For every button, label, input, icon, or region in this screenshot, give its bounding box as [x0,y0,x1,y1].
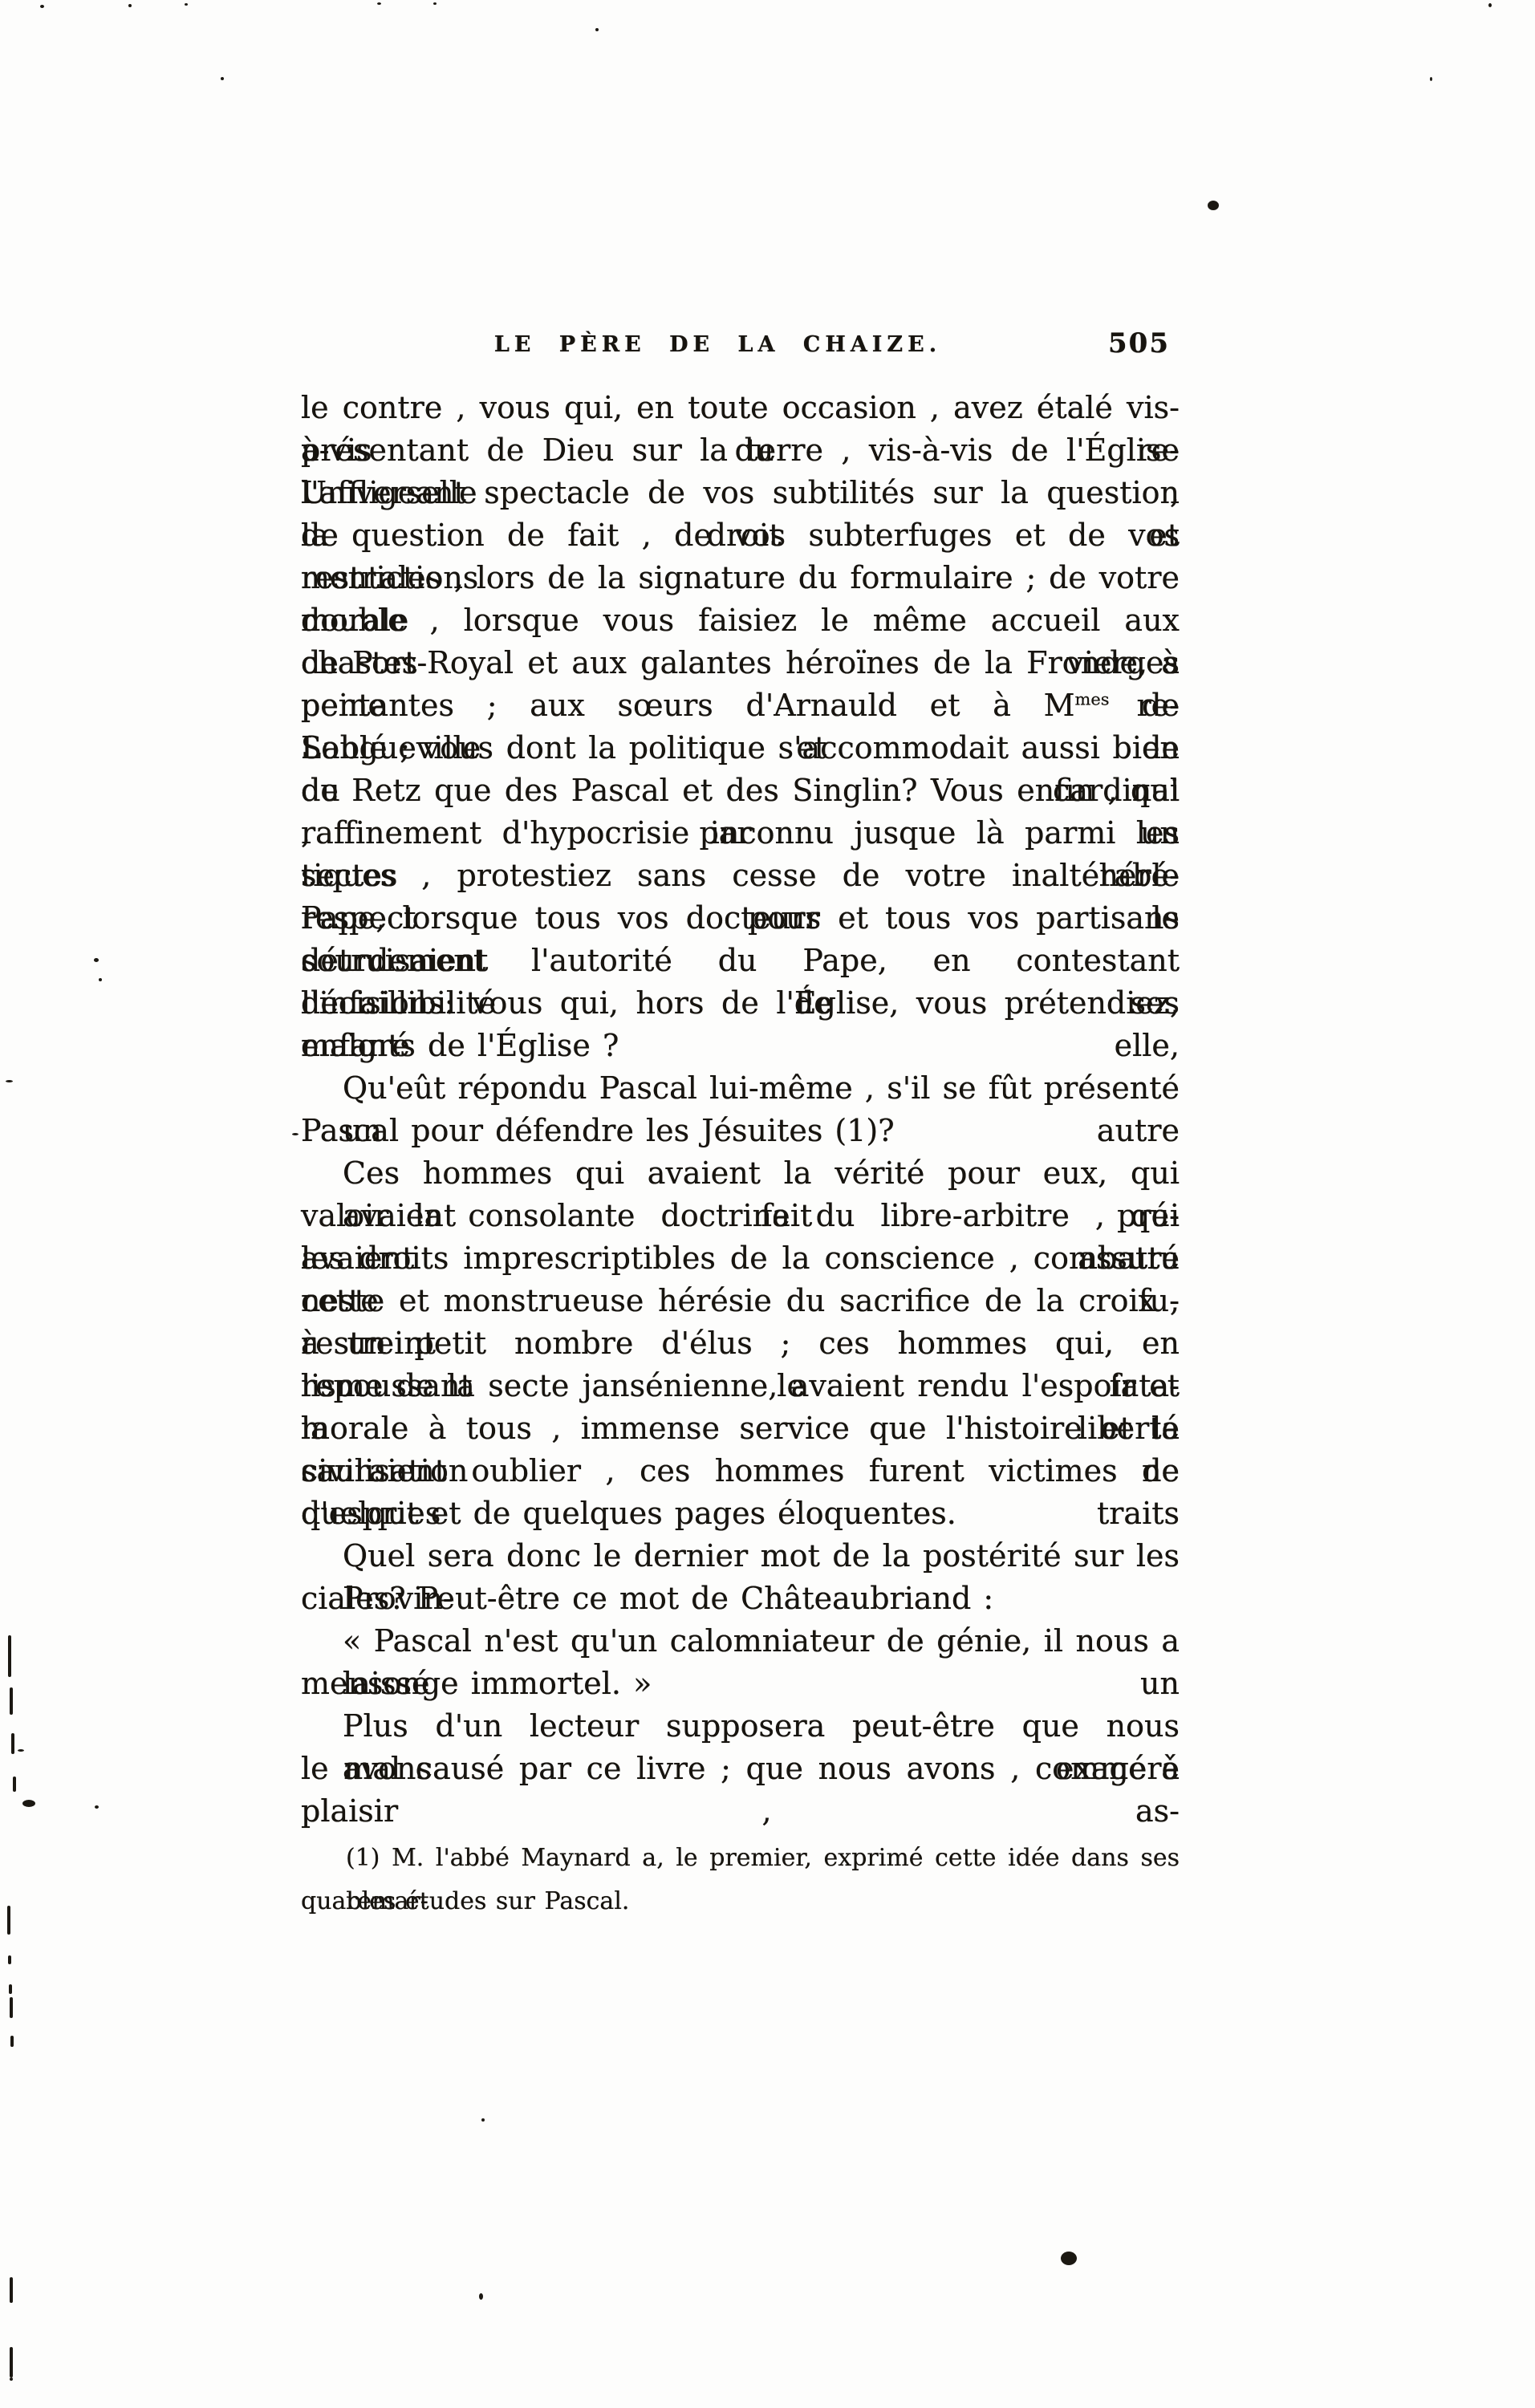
text-line: neste et monstrueuse hérésie du sacrific… [301,1280,1180,1322]
text-line: de Retz que des Pascal et des Singlin? V… [301,770,1180,812]
ink-speck [22,1800,35,1807]
ink-speck [595,28,599,31]
text-line: raffinement d'hypocrisie inconnu jusque … [301,812,1180,855]
scan-edge-line-artifact [13,1777,16,1792]
text-line: décisions: vous qui, hors de l'Église, v… [301,982,1180,1025]
ink-speck [10,2378,13,2381]
ink-speck [1208,201,1219,210]
text-line: sourdement l'autorité du Pape, en contes… [301,940,1180,982]
ink-speck [95,1805,99,1809]
ink-speck [128,4,132,7]
ink-speck [6,1080,13,1082]
ink-speck [18,1749,24,1752]
text-line: Ces hommes qui avaient la vérité pour eu… [301,1152,1180,1195]
ink-speck [433,2,437,5]
scan-edge-line-artifact [9,1984,12,1994]
text-line: Qu'eût répondu Pascal lui-même , s'il se… [301,1067,1180,1110]
page-header: LE PÈRE DE LA CHAIZE. 505 [301,332,1180,371]
text-line: valoir la consolante doctrine du libre-a… [301,1195,1180,1237]
scan-edge-line-artifact [11,1733,14,1754]
text-line: (1) M. l'abbé Maynard a, le premier, exp… [301,1837,1180,1880]
ink-speck [94,958,99,962]
text-line: le contre , vous qui, en toute occasion … [301,387,1180,429]
text-line: « Pascal n'est qu'un calomniateur de gén… [301,1620,1180,1663]
text-line: Sablé ; vous dont la politique s'accommo… [301,727,1180,770]
text-line: double , lorsque vous faisiez le même ac… [301,599,1180,642]
text-line: mentales , lors de la signature du formu… [301,557,1180,599]
text-line: lisme de la secte jansénienne, avaient r… [301,1365,1180,1407]
scan-edge-line-artifact [10,2347,13,2378]
ink-speck [221,77,224,80]
ink-speck [99,978,102,981]
scan-edge-line-artifact [7,1906,10,1935]
text-line: à un petit nombre d'élus ; ces hommes qu… [301,1322,1180,1365]
scan-edge-line-artifact [8,1635,11,1677]
ink-speck [185,3,188,6]
running-title: LE PÈRE DE LA CHAIZE. [494,332,941,357]
superscript: mes [1075,689,1110,709]
ink-speck [40,5,44,8]
ink-speck [292,1133,298,1135]
text-line: les droits imprescriptibles de la consci… [301,1237,1180,1280]
text-line: Pape, lorsque tous vos docteurs et tous … [301,897,1180,940]
text-line: ciales? Peut-être ce mot de Châteaubrian… [301,1578,1180,1620]
text-block: LE PÈRE DE LA CHAIZE. 505 le contre , vo… [301,332,1180,1923]
text-line: tiques , protestiez sans cesse de votre … [301,855,1180,897]
footnote: (1) M. l'abbé Maynard a, le premier, exp… [301,1837,1180,1923]
ink-speck [1488,3,1492,7]
scan-edge-line-artifact [10,2277,13,2303]
page-number: 505 [1108,327,1170,359]
text-line: sauraient oublier , ces hommes furent vi… [301,1450,1180,1492]
scan-edge-line-artifact [10,1997,13,2018]
scan-edge-line-artifact [10,2036,14,2047]
text-line: morale à tous , immense service que l'hi… [301,1407,1180,1450]
ink-speck [481,2118,485,2122]
text-line: Plus d'un lecteur supposera peut-être qu… [301,1705,1180,1748]
body-text: le contre , vous qui, en toute occasion … [301,387,1180,1790]
ink-speck [1430,77,1432,81]
text-line: l'affligeant spectacle de vos subtilités… [301,472,1180,514]
ink-speck [377,2,381,5]
scan-edge-line-artifact [10,1687,13,1715]
text-line: quables études sur Pascal. [301,1880,1180,1923]
scan-edge-line-artifact [8,1955,11,1964]
text-line: pentantes ; aux sœurs d'Arnauld et à Mme… [301,684,1180,727]
ink-speck [1061,2252,1077,2265]
scanned-book-page: LE PÈRE DE LA CHAIZE. 505 le contre , vo… [0,0,1535,2408]
text-line: présentant de Dieu sur la terre , vis-à-… [301,429,1180,472]
ink-speck [479,2293,483,2300]
text-line: le mal causé par ce livre ; que nous avo… [301,1748,1180,1790]
text-line: la question de fait , de vos subterfuges… [301,514,1180,557]
text-line: Quel sera donc le dernier mot de la post… [301,1535,1180,1578]
text-line: de Port-Royal et aux galantes héroïnes d… [301,642,1180,684]
